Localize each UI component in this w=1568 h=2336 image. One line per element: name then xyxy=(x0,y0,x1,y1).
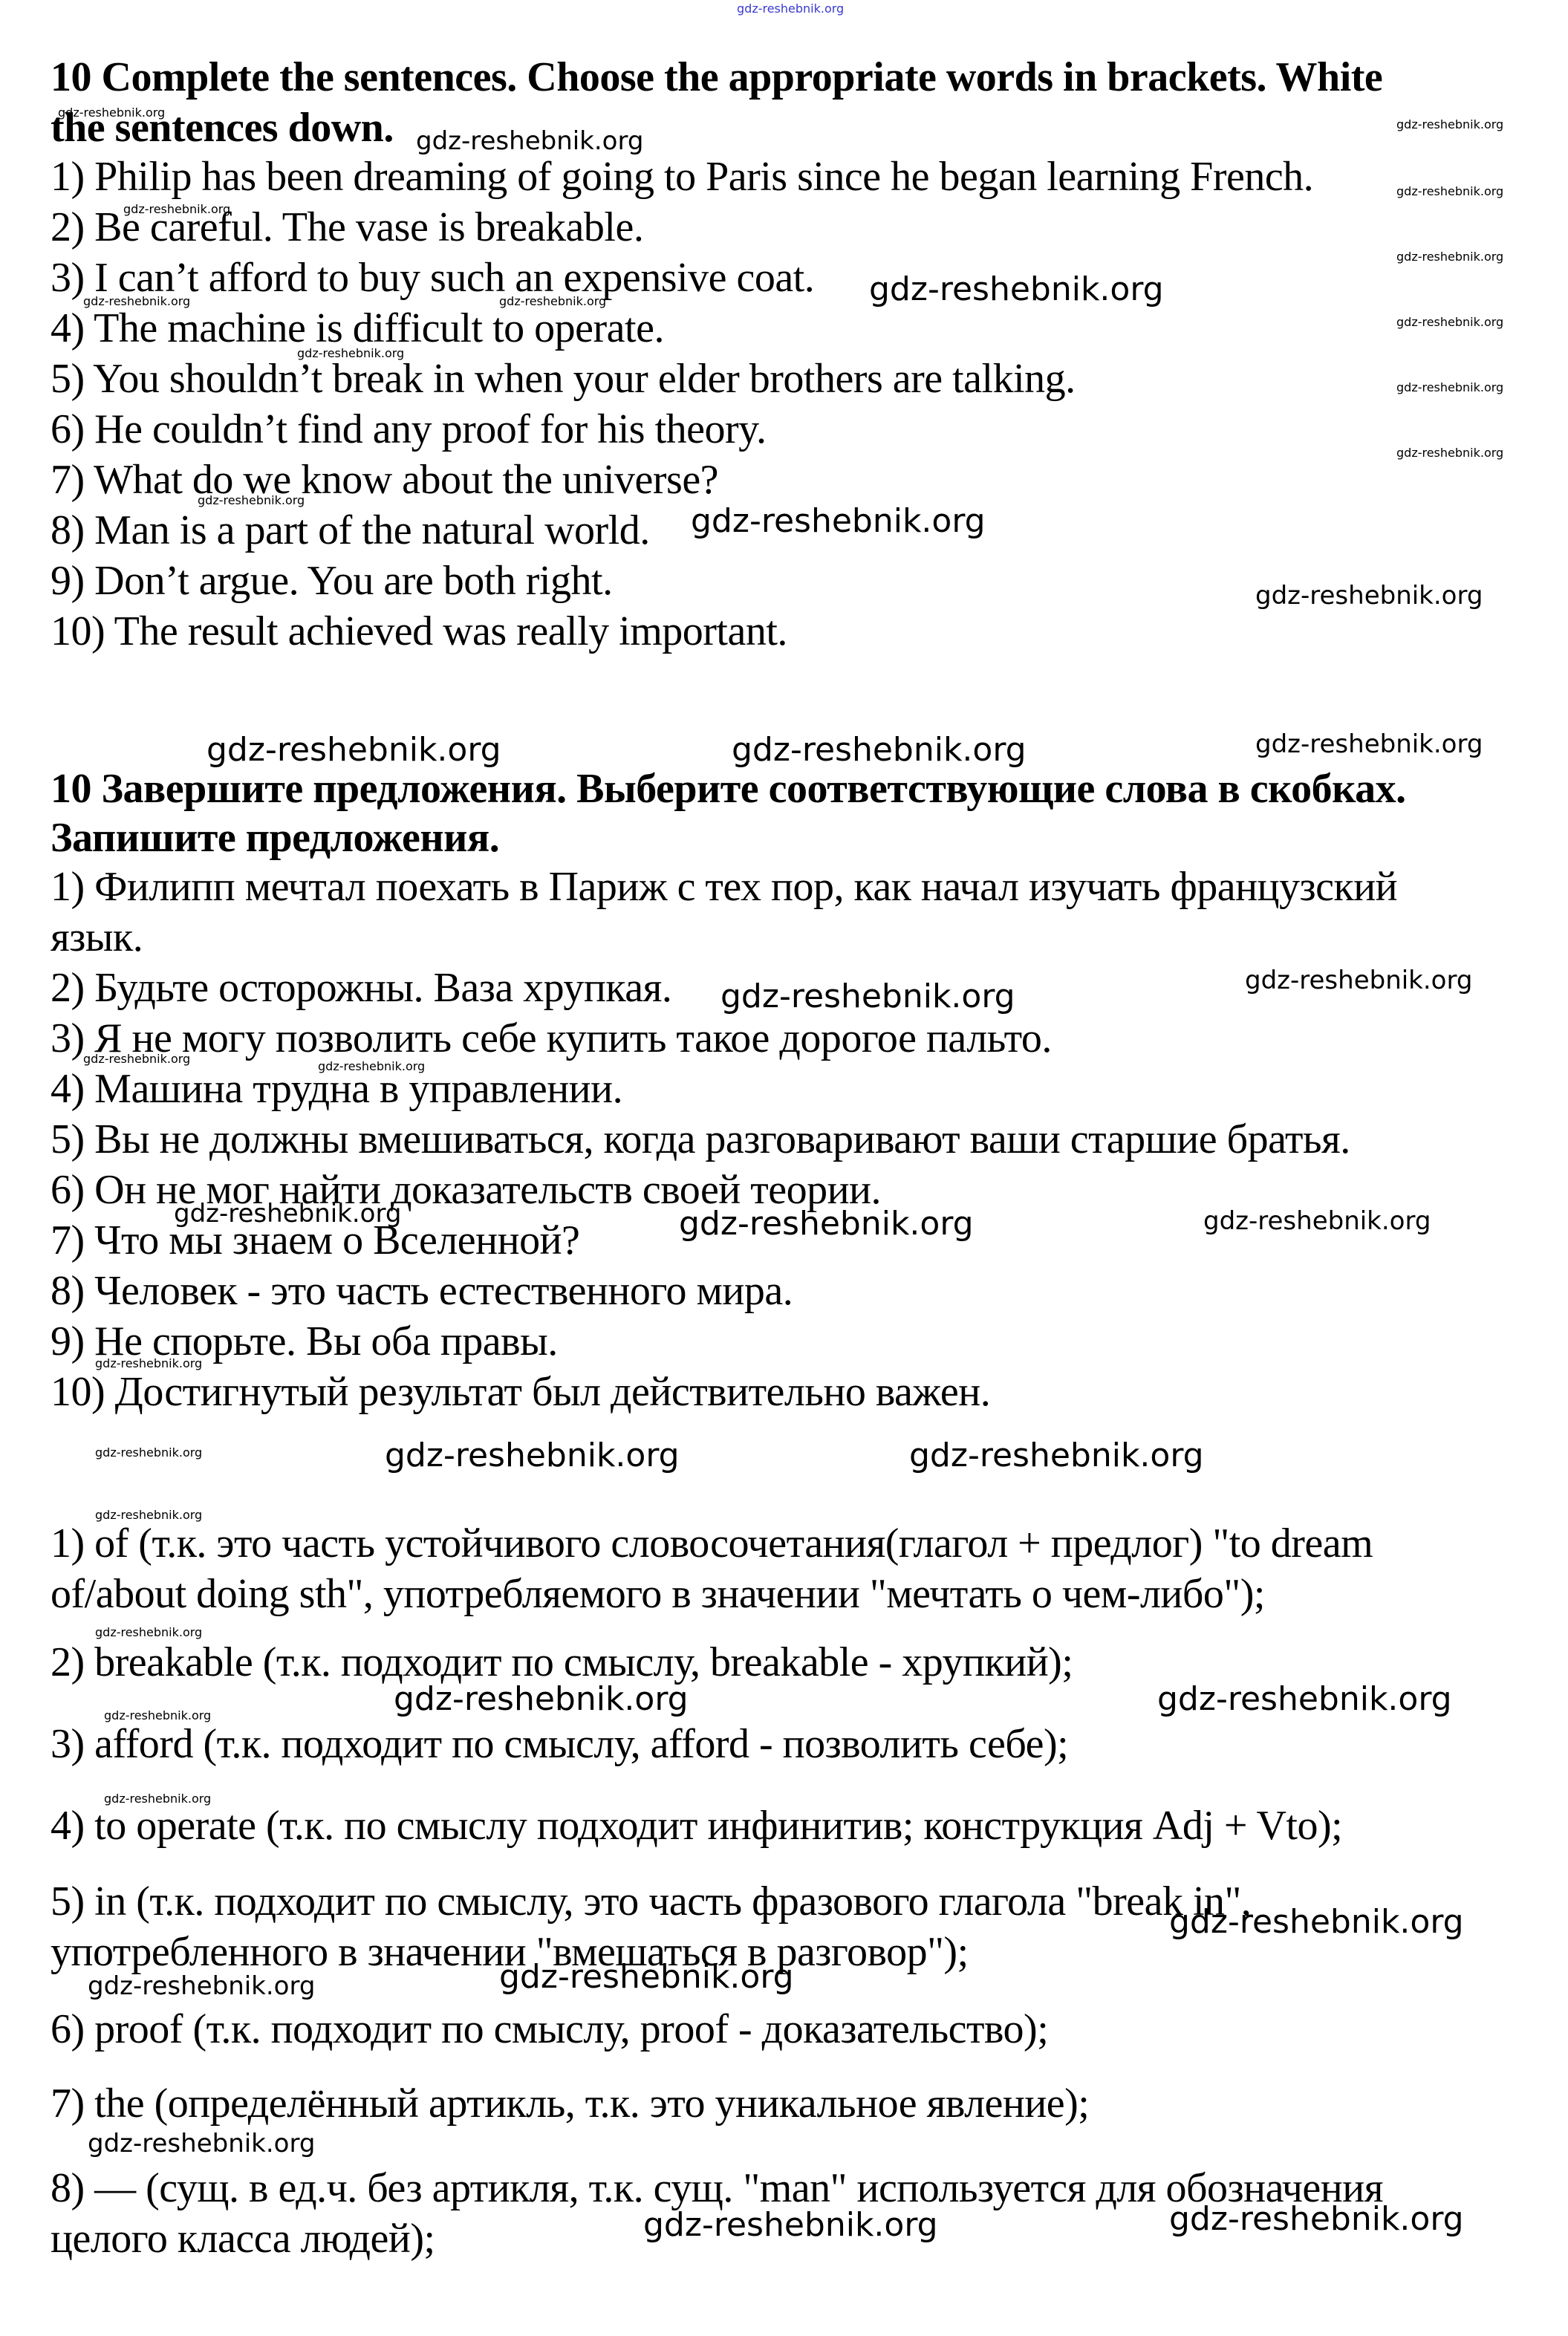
watermark: gdz-reshebnik.org xyxy=(643,2206,938,2244)
watermark: gdz-reshebnik.org xyxy=(499,1958,794,1996)
explanation-3: 3) afford (т.к. подходит по смыслу, affo… xyxy=(51,1720,1068,1768)
watermark: gdz-reshebnik.org xyxy=(869,270,1164,308)
watermark: gdz-reshebnik.org xyxy=(198,493,305,507)
watermark: gdz-reshebnik.org xyxy=(1169,2200,1464,2238)
ru-sentence-3: 3) Я не могу позволить себе купить такое… xyxy=(51,1015,1052,1062)
watermark: gdz-reshebnik.org xyxy=(174,1199,401,1229)
ru-sentence-1: 1) Филипп мечтал поехать в Париж с тех п… xyxy=(51,863,1397,911)
explanation-1: 1) of (т.к. это часть устойчивого словос… xyxy=(51,1520,1373,1567)
ru-sentence-2: 2) Будьте осторожны. Ваза хрупкая. xyxy=(51,964,671,1012)
explanation-6: 6) proof (т.к. подходит по смыслу, proof… xyxy=(51,2005,1048,2053)
watermark: gdz-reshebnik.org xyxy=(88,2129,315,2158)
explanation-2: 2) breakable (т.к. подходит по смыслу, b… xyxy=(51,1639,1073,1686)
explanation-1-cont: of/about doing sth", употребляемого в зн… xyxy=(51,1570,1265,1618)
watermark: gdz-reshebnik.org xyxy=(83,294,190,308)
watermark: gdz-reshebnik.org xyxy=(95,1356,202,1370)
watermark: gdz-reshebnik.org xyxy=(1396,380,1503,394)
watermark: gdz-reshebnik.org xyxy=(123,202,230,216)
explanation-4: 4) to operate (т.к. по смыслу подходит и… xyxy=(51,1802,1342,1849)
en-sentence-4: 4) The machine is difficult to operate. xyxy=(51,305,664,352)
watermark: gdz-reshebnik.org xyxy=(1203,1206,1431,1236)
exercise-ru-title-line1: 10 Завершите предложения. Выберите соотв… xyxy=(51,765,1406,813)
explanation-8-cont: целого класса людей); xyxy=(51,2215,435,2262)
watermark: gdz-reshebnik.org xyxy=(720,977,1015,1015)
en-sentence-7: 7) What do we know about the universe? xyxy=(51,456,718,504)
watermark: gdz-reshebnik.org xyxy=(732,731,1027,769)
watermark: gdz-reshebnik.org xyxy=(206,731,501,769)
watermark: gdz-reshebnik.org xyxy=(499,294,606,308)
watermark: gdz-reshebnik.org xyxy=(1396,117,1503,131)
ru-sentence-8: 8) Человек - это часть естественного мир… xyxy=(51,1267,793,1315)
watermark: gdz-reshebnik.org xyxy=(679,1205,974,1243)
explanation-5: 5) in (т.к. подходит по смыслу, это част… xyxy=(51,1878,1251,1925)
en-sentence-9: 9) Don’t argue. You are both right. xyxy=(51,557,613,605)
watermark: gdz-reshebnik.org xyxy=(58,105,165,120)
watermark: gdz-reshebnik.org xyxy=(88,1971,315,2001)
watermark: gdz-reshebnik.org xyxy=(385,1437,680,1474)
document-page: gdz-reshebnik.org 10 Complete the senten… xyxy=(0,0,1568,2336)
watermark: gdz-reshebnik.org xyxy=(416,126,643,156)
watermark: gdz-reshebnik.org xyxy=(318,1059,425,1073)
watermark-header: gdz-reshebnik.org xyxy=(737,1,844,16)
exercise-ru-title-line2: Запишите предложения. xyxy=(51,814,499,862)
ru-sentence-10: 10) Достигнутый результат был действител… xyxy=(51,1368,990,1416)
watermark: gdz-reshebnik.org xyxy=(1157,1680,1452,1718)
watermark: gdz-reshebnik.org xyxy=(394,1680,689,1718)
watermark: gdz-reshebnik.org xyxy=(1255,581,1483,611)
exercise-en-title-line1: 10 Complete the sentences. Choose the ap… xyxy=(51,53,1382,101)
watermark: gdz-reshebnik.org xyxy=(1396,250,1503,264)
ru-sentence-5: 5) Вы не должны вмешиваться, когда разго… xyxy=(51,1116,1350,1163)
en-sentence-5: 5) You shouldn’t break in when your elde… xyxy=(51,355,1076,403)
watermark: gdz-reshebnik.org xyxy=(95,1625,202,1639)
explanation-7: 7) the (определённый артикль, т.к. это у… xyxy=(51,2080,1089,2127)
watermark: gdz-reshebnik.org xyxy=(83,1052,190,1066)
watermark: gdz-reshebnik.org xyxy=(1169,1903,1464,1941)
watermark: gdz-reshebnik.org xyxy=(1396,184,1503,198)
en-sentence-1: 1) Philip has been dreaming of going to … xyxy=(51,153,1313,201)
ru-sentence-1-cont: язык. xyxy=(51,914,143,961)
watermark: gdz-reshebnik.org xyxy=(1396,446,1503,460)
watermark: gdz-reshebnik.org xyxy=(1396,315,1503,329)
en-sentence-10: 10) The result achieved was really impor… xyxy=(51,608,787,655)
watermark: gdz-reshebnik.org xyxy=(95,1445,202,1460)
watermark: gdz-reshebnik.org xyxy=(1255,729,1483,759)
watermark: gdz-reshebnik.org xyxy=(297,346,404,360)
watermark: gdz-reshebnik.org xyxy=(909,1437,1204,1474)
en-sentence-8: 8) Man is a part of the natural world. xyxy=(51,507,650,554)
watermark: gdz-reshebnik.org xyxy=(691,502,986,540)
en-sentence-6: 6) He couldn’t find any proof for his th… xyxy=(51,406,767,453)
watermark: gdz-reshebnik.org xyxy=(1245,966,1472,995)
